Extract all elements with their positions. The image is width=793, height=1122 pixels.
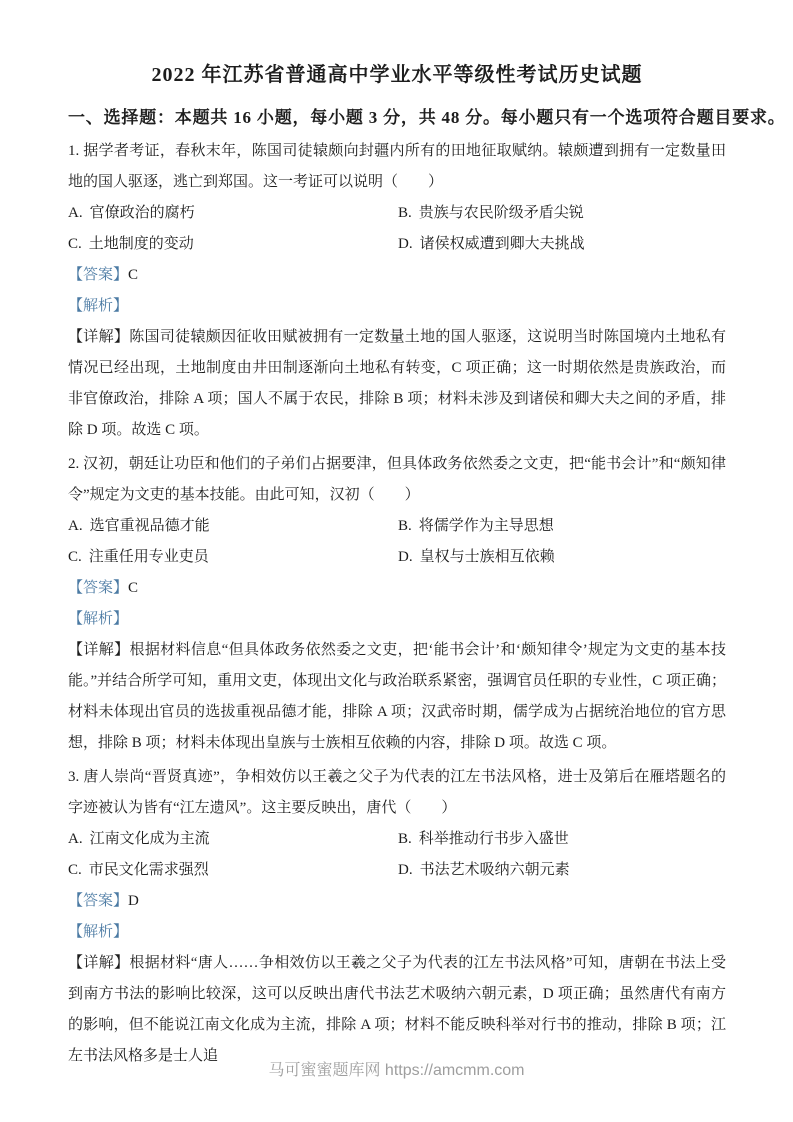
answer-label: 【答案】: [68, 580, 128, 596]
analysis-line: 【解析】: [68, 291, 726, 322]
option-key: C.: [68, 236, 82, 252]
answer-line: 【答案】C: [68, 573, 726, 604]
analysis-line: 【解析】: [68, 604, 726, 635]
analysis-label: 【解析】: [68, 611, 128, 627]
question-3-block: 3. 唐人崇尚“晋贤真迹”，争相效仿以王羲之父子为代表的江左书法风格，进士及第后…: [68, 762, 726, 1072]
question-3-stem: 3. 唐人崇尚“晋贤真迹”，争相效仿以王羲之父子为代表的江左书法风格，进士及第后…: [68, 762, 726, 824]
option-text: 官僚政治的腐朽: [90, 205, 195, 221]
option-text: 皇权与士族相互依赖: [420, 549, 555, 565]
question-3-detail: 【详解】根据材料“唐人……争相效仿以王羲之父子为代表的江左书法风格”可知，唐朝在…: [68, 948, 726, 1072]
detail-label: 【详解】: [68, 329, 129, 345]
option-text: 诸侯权威遭到卿大夫挑战: [420, 236, 585, 252]
option-d: D.诸侯权威遭到卿大夫挑战: [398, 229, 726, 260]
question-1-stem: 1. 据学者考证，春秋末年，陈国司徒辕颇向封疆内所有的田地征取赋纳。辕颇遭到拥有…: [68, 136, 726, 198]
option-key: B.: [398, 831, 412, 847]
answer-value: C: [128, 267, 138, 283]
option-c: C.土地制度的变动: [68, 229, 398, 260]
exam-document-page: 2022 年江苏省普通高中学业水平等级性考试历史试题 一、选择题：本题共 16 …: [0, 0, 793, 1122]
question-1-options: A.官僚政治的腐朽 B.贵族与农民阶级矛盾尖锐 C.土地制度的变动 D.诸侯权威…: [68, 198, 726, 260]
option-key: C.: [68, 549, 82, 565]
question-1-block: 1. 据学者考证，春秋末年，陈国司徒辕颇向封疆内所有的田地征取赋纳。辕颇遭到拥有…: [68, 136, 726, 446]
question-3-options: A.江南文化成为主流 B.科举推动行书步入盛世 C.市民文化需求强烈 D.书法艺…: [68, 824, 726, 886]
page-title: 2022 年江苏省普通高中学业水平等级性考试历史试题: [68, 60, 726, 90]
detail-text: 陈国司徒辕颇因征收田赋被拥有一定数量土地的国人驱逐，这说明当时陈国境内土地私有情…: [68, 329, 726, 438]
analysis-line: 【解析】: [68, 917, 726, 948]
question-2-stem: 2. 汉初，朝廷让功臣和他们的子弟们占据要津，但具体政务依然委之文吏，把“能书会…: [68, 449, 726, 511]
answer-line: 【答案】C: [68, 260, 726, 291]
option-c: C.市民文化需求强烈: [68, 855, 398, 886]
option-text: 将儒学作为主导思想: [419, 518, 554, 534]
detail-label: 【详解】: [68, 955, 129, 971]
option-text: 土地制度的变动: [89, 236, 194, 252]
option-d: D.皇权与士族相互依赖: [398, 542, 726, 573]
option-text: 市民文化需求强烈: [89, 862, 209, 878]
question-2-options: A.选官重视品德才能 B.将儒学作为主导思想 C.注重任用专业吏员 D.皇权与士…: [68, 511, 726, 573]
answer-label: 【答案】: [68, 893, 128, 909]
analysis-label: 【解析】: [68, 298, 128, 314]
option-text: 注重任用专业吏员: [89, 549, 209, 565]
option-text: 书法艺术吸纳六朝元素: [420, 862, 570, 878]
option-b: B.贵族与农民阶级矛盾尖锐: [398, 198, 726, 229]
option-c: C.注重任用专业吏员: [68, 542, 398, 573]
detail-text: 根据材料信息“但具体政务依然委之文吏，把‘能书会计’和‘颇知律令’规定为文吏的基…: [68, 642, 726, 751]
option-key: D.: [398, 862, 413, 878]
answer-value: D: [128, 893, 139, 909]
option-key: C.: [68, 862, 82, 878]
option-key: B.: [398, 518, 412, 534]
option-a: A.江南文化成为主流: [68, 824, 398, 855]
option-key: B.: [398, 205, 412, 221]
detail-label: 【详解】: [68, 642, 129, 658]
option-d: D.书法艺术吸纳六朝元素: [398, 855, 726, 886]
option-text: 科举推动行书步入盛世: [419, 831, 569, 847]
option-a: A.官僚政治的腐朽: [68, 198, 398, 229]
option-b: B.将儒学作为主导思想: [398, 511, 726, 542]
answer-label: 【答案】: [68, 267, 128, 283]
option-b: B.科举推动行书步入盛世: [398, 824, 726, 855]
option-text: 江南文化成为主流: [90, 831, 210, 847]
option-key: D.: [398, 236, 413, 252]
option-key: A.: [68, 831, 83, 847]
question-2-detail: 【详解】根据材料信息“但具体政务依然委之文吏，把‘能书会计’和‘颇知律令’规定为…: [68, 635, 726, 759]
option-key: D.: [398, 549, 413, 565]
option-key: A.: [68, 518, 83, 534]
answer-value: C: [128, 580, 138, 596]
option-text: 选官重视品德才能: [90, 518, 210, 534]
option-a: A.选官重视品德才能: [68, 511, 398, 542]
detail-text: 根据材料“唐人……争相效仿以王羲之父子为代表的江左书法风格”可知，唐朝在书法上受…: [68, 955, 726, 1064]
answer-line: 【答案】D: [68, 886, 726, 917]
question-1-detail: 【详解】陈国司徒辕颇因征收田赋被拥有一定数量土地的国人驱逐，这说明当时陈国境内土…: [68, 322, 726, 446]
document-content: 2022 年江苏省普通高中学业水平等级性考试历史试题 一、选择题：本题共 16 …: [0, 0, 793, 1072]
analysis-label: 【解析】: [68, 924, 128, 940]
section-heading: 一、选择题：本题共 16 小题，每小题 3 分，共 48 分。每小题只有一个选项…: [68, 102, 726, 133]
watermark-footer: 马可蜜蜜题库网 https://amcmm.com: [0, 1058, 793, 1084]
option-text: 贵族与农民阶级矛盾尖锐: [419, 205, 584, 221]
option-key: A.: [68, 205, 83, 221]
question-2-block: 2. 汉初，朝廷让功臣和他们的子弟们占据要津，但具体政务依然委之文吏，把“能书会…: [68, 449, 726, 759]
